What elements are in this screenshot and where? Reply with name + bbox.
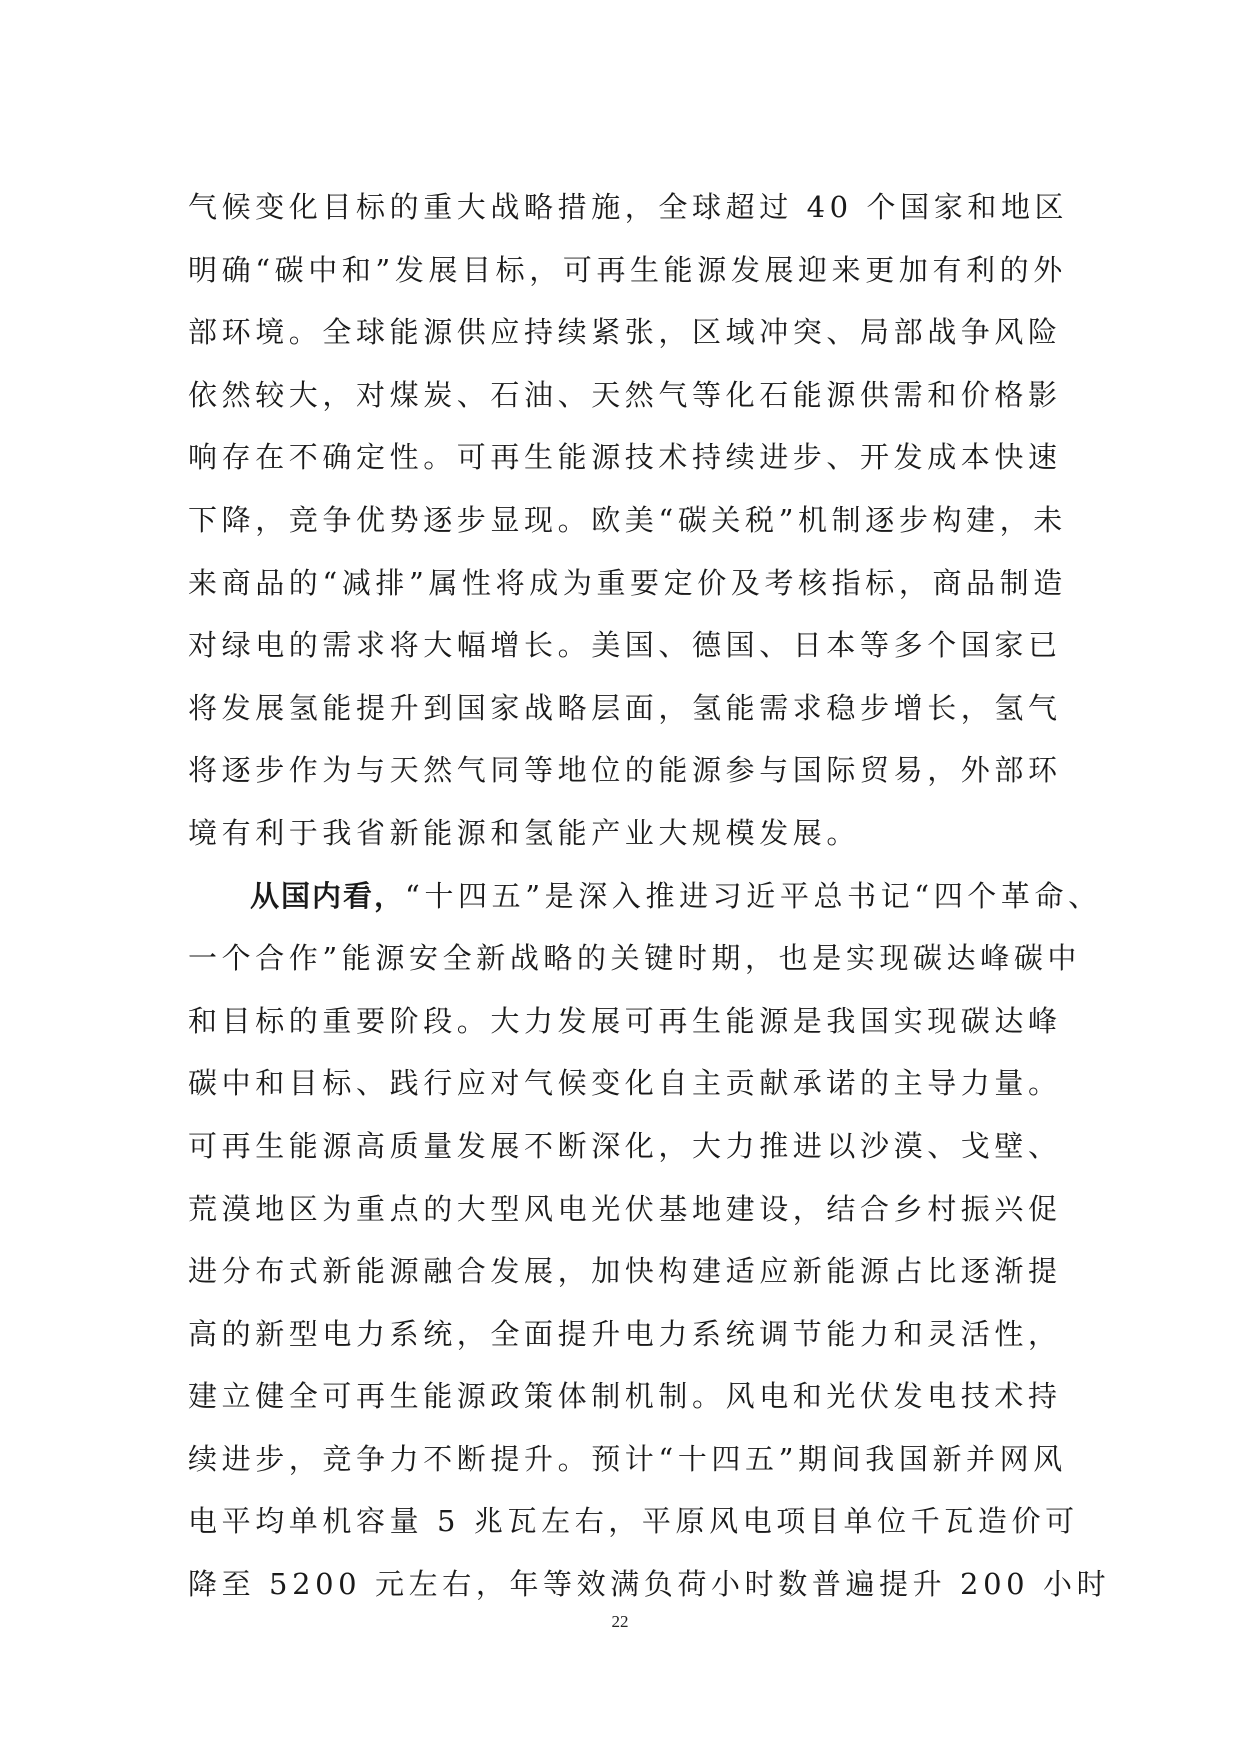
text-line: 一个合作”能源安全新战略的关键时期，也是实现碳达峰碳中 <box>188 927 1068 990</box>
text-line: 高的新型电力系统，全面提升电力系统调节能力和灵活性， <box>188 1303 1068 1366</box>
paragraph-lead-heading: 从国内看， <box>250 879 405 913</box>
body-text: 气候变化目标的重大战略措施，全球超过 40 个国家和地区 明确“碳中和”发展目标… <box>188 176 1068 1616</box>
text-line: 碳中和目标、践行应对气候变化自主贡献承诺的主导力量。 <box>188 1052 1068 1115</box>
text-line: 境有利于我省新能源和氢能产业大规模发展。 <box>188 802 1068 865</box>
text-line: 明确“碳中和”发展目标，可再生能源发展迎来更加有利的外 <box>188 239 1068 302</box>
text-line: 可再生能源高质量发展不断深化，大力推进以沙漠、戈壁、 <box>188 1115 1068 1178</box>
text-line: 电平均单机容量 5 兆瓦左右，平原风电项目单位千瓦造价可 <box>188 1490 1068 1553</box>
document-page: 气候变化目标的重大战略措施，全球超过 40 个国家和地区 明确“碳中和”发展目标… <box>0 0 1240 1754</box>
text-line: 建立健全可再生能源政策体制机制。风电和光伏发电技术持 <box>188 1365 1068 1428</box>
text-line: 下降，竞争优势逐步显现。欧美“碳关税”机制逐步构建，未 <box>188 489 1068 552</box>
paragraph-international-context: 气候变化目标的重大战略措施，全球超过 40 个国家和地区 明确“碳中和”发展目标… <box>188 176 1068 865</box>
text-line: 来商品的“减排”属性将成为重要定价及考核指标，商品制造 <box>188 552 1068 615</box>
text-line: 将发展氢能提升到国家战略层面，氢能需求稳步增长，氢气 <box>188 677 1068 740</box>
text-line: 气候变化目标的重大战略措施，全球超过 40 个国家和地区 <box>188 176 1068 239</box>
text-line: 和目标的重要阶段。大力发展可再生能源是我国实现碳达峰 <box>188 990 1068 1053</box>
text-line: 依然较大，对煤炭、石油、天然气等化石能源供需和价格影 <box>188 364 1068 427</box>
text-line: 部环境。全球能源供应持续紧张，区域冲突、局部战争风险 <box>188 301 1068 364</box>
text-line: 对绿电的需求将大幅增长。美国、德国、日本等多个国家已 <box>188 614 1068 677</box>
text-line: 荒漠地区为重点的大型风电光伏基地建设，结合乡村振兴促 <box>188 1178 1068 1241</box>
paragraph-domestic-context: 从国内看，“十四五”是深入推进习近平总书记“四个革命、 一个合作”能源安全新战略… <box>188 865 1068 1616</box>
text-line: 进分布式新能源融合发展，加快构建适应新能源占比逐渐提 <box>188 1240 1068 1303</box>
text-line: 响存在不确定性。可再生能源技术持续进步、开发成本快速 <box>188 426 1068 489</box>
text-line: 将逐步作为与天然气同等地位的能源参与国际贸易，外部环 <box>188 739 1068 802</box>
page-number: 22 <box>0 1612 1240 1632</box>
text-line-first: 从国内看，“十四五”是深入推进习近平总书记“四个革命、 <box>188 865 1068 928</box>
text-line: 续进步，竞争力不断提升。预计“十四五”期间我国新并网风 <box>188 1428 1068 1491</box>
text-span: “十四五”是深入推进习近平总书记“四个革命、 <box>405 879 1102 913</box>
text-line: 降至 5200 元左右，年等效满负荷小时数普遍提升 200 小时 <box>188 1553 1068 1616</box>
